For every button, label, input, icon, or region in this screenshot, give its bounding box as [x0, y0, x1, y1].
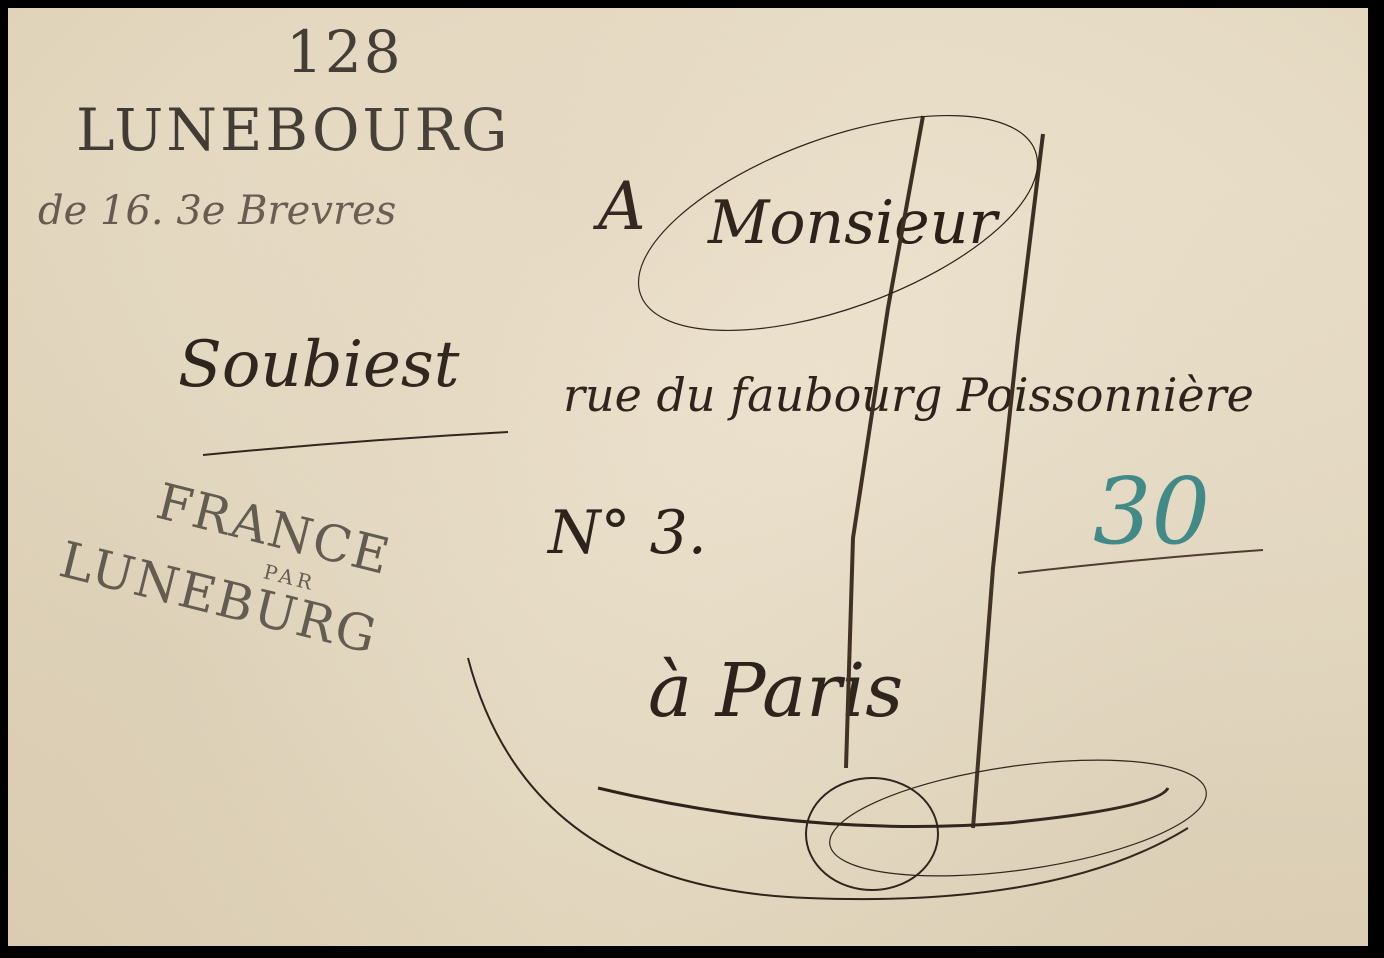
pen-flourishes [8, 8, 1368, 946]
postal-cover: 128 LUNEBOURG de 16. 3e Brevres FRANCE P… [8, 8, 1368, 946]
